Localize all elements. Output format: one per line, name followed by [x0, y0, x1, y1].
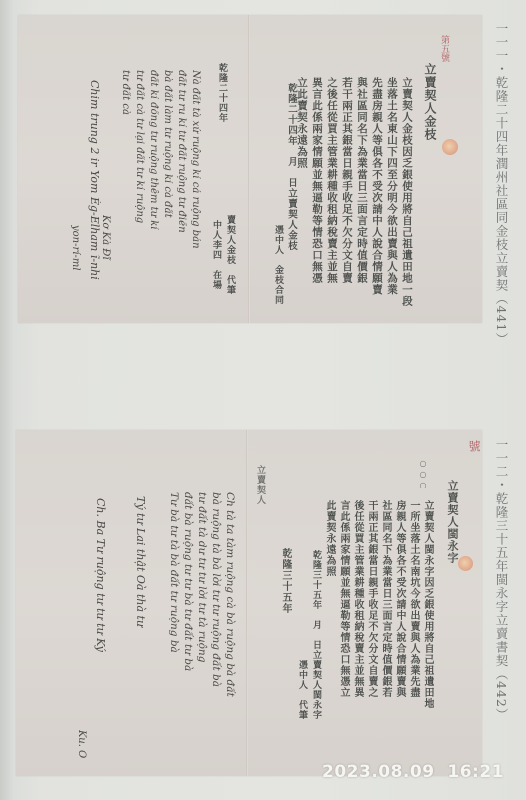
red-seal [458, 556, 473, 571]
figure-caption-441: 一一一・乾隆二十四年潤州社區同金枝立賣契（441） [492, 22, 510, 346]
text-column: 若干兩正其銀當日親手收足不欠分文自賣 [340, 77, 355, 317]
text-column: 賣契人金枝 代筆 [224, 215, 237, 295]
handwritten-line: Nà đất tà xứ ruộng kỉ cả ruộng bán [190, 70, 201, 320]
red-seal [442, 139, 458, 155]
text-column: 一所坐落土名南坑今欲出賣與人為業先盡 [406, 500, 421, 745]
text-column: ○○○ [418, 458, 428, 488]
text-column: 中人李四 在場 [210, 220, 223, 300]
signature-line: 憑中人 金枝合同 [272, 225, 285, 325]
text-column: 乾隆二十四年 月 日立賣契人金枝 [284, 83, 298, 263]
photo-timestamp: 2023.08.09 16:21 [322, 762, 504, 782]
handwritten-line: Tý tư Lai thật Oà thà tư [134, 496, 147, 766]
text-column: 此賣契永遠為照 [322, 500, 337, 740]
handwritten-line: Chim trung 2 ir Yom Ég-Elham ĩ-nhi [88, 80, 101, 320]
handwritten-line: tư đất cà tư lại đất tư kỉ ruộng [134, 70, 145, 320]
contract-document-1: 第五號 立賣契人金枝 立賣契人金枝因乏銀使用將自己祖遺田地一段 坐落土名東山下四… [18, 15, 482, 323]
text-column: 乾隆三十五年 月 日立賣契人閩永字 [310, 550, 323, 750]
text-column: 立賣契人 [254, 465, 267, 510]
text-column: 社區同名下為業當日三面言定時值價銀若 [378, 500, 393, 745]
handwritten-line: đất kỉ đồng tư ruộng thêm tư kỉ [148, 70, 159, 320]
text-column: 房親人等俱各不受次請中人說合情願賣與 [392, 500, 407, 745]
handwritten-line: Kơ Kà Đĩ [100, 215, 111, 275]
handwritten-line: Ch. Ba Tư ruộng tư tư tư Ký [94, 498, 107, 763]
handwritten-line: Tư bà tư tà bà đất tư ruộng bà [168, 492, 180, 762]
handwritten-line: bà ruộng tà bà lời tư tư ruộng đất bà [210, 492, 222, 762]
text-column: 後任從買主管業耕種收租納稅賣主並無異 [350, 500, 365, 745]
document-1-left-page: 乾隆二十四年 賣契人金枝 代筆 中人李四 在場 Nà đất tà xứ ruộ… [18, 15, 248, 323]
handwritten-line: tư đất tà dư tư tư lời tư tà ruộng [196, 492, 208, 762]
document-heading: 乾隆三十五年 [278, 548, 293, 648]
text-column: 立賣契人閩永字因乏銀使用將自己祖遺田地 [420, 500, 435, 745]
handwritten-line: đất tư ru kỉ tư đất ruộng tư điền [176, 70, 187, 320]
document-1-right-page: 第五號 立賣契人金枝 立賣契人金枝因乏銀使用將自己祖遺田地一段 坐落土名東山下四… [250, 15, 482, 323]
red-annotation: 第五號 [438, 35, 451, 62]
figure-caption-442: 一一二・乾隆三十五年閩永字立賣書契（442） [492, 438, 510, 721]
signature-line: 憑中人 代筆 [296, 660, 309, 740]
text-column: 立賣契人金枝因乏銀使用將自己祖遺田地一段 [400, 77, 415, 317]
handwritten-line: bà đất làm tư ruộng kỉ cà đất [162, 70, 173, 320]
handwritten-line: đất bà ruộng tư tư bà tư đất tư bà [182, 492, 194, 762]
text-column: 坐落土名東山下四至分明今欲出賣與人為業 [385, 77, 400, 317]
text-column: 與社區同名下為業當日三面言定時值價銀 [355, 77, 370, 317]
document-heading: 立賣契人金枝 [422, 63, 439, 143]
document-2-left-page: 乾隆年間土地契約 乾隆年間土地契約 立賣契人立書人在場 Ch tà ta tàm… [16, 430, 246, 776]
handwritten-line: yon-rí-ml [70, 225, 81, 315]
red-annotation: 號 [466, 440, 483, 452]
text-column: 異言此係兩家情願並無逼勒等情恐口無憑 [310, 77, 325, 317]
text-column: 之後任從買主管業耕種收租納稅賣主並無 [325, 77, 340, 317]
text-column: 言此係兩家情願並無逼勒等情恐口無憑立 [336, 500, 351, 745]
text-column: 先盡房親人等俱各不受次請中人說合情願賣 [370, 77, 385, 317]
document-heading: 乾隆二十四年 [216, 63, 229, 123]
handwritten-line: Ch tà ta tàm ruộng cà bà ruộng bà đất [224, 492, 236, 762]
contract-document-2: 號 ○○○ 立賣契人閩永字 立賣契人閩永字因乏銀使用將自己祖遺田地 一所坐落土名… [16, 430, 482, 776]
text-column: 干兩正其銀當日親手收足不欠分文自賣之 [364, 500, 379, 745]
document-heading: 立賣契人閩永字 [444, 480, 460, 570]
handwritten-line: tư đất cà [120, 70, 131, 130]
handwritten-line: Ku. O [76, 730, 87, 770]
